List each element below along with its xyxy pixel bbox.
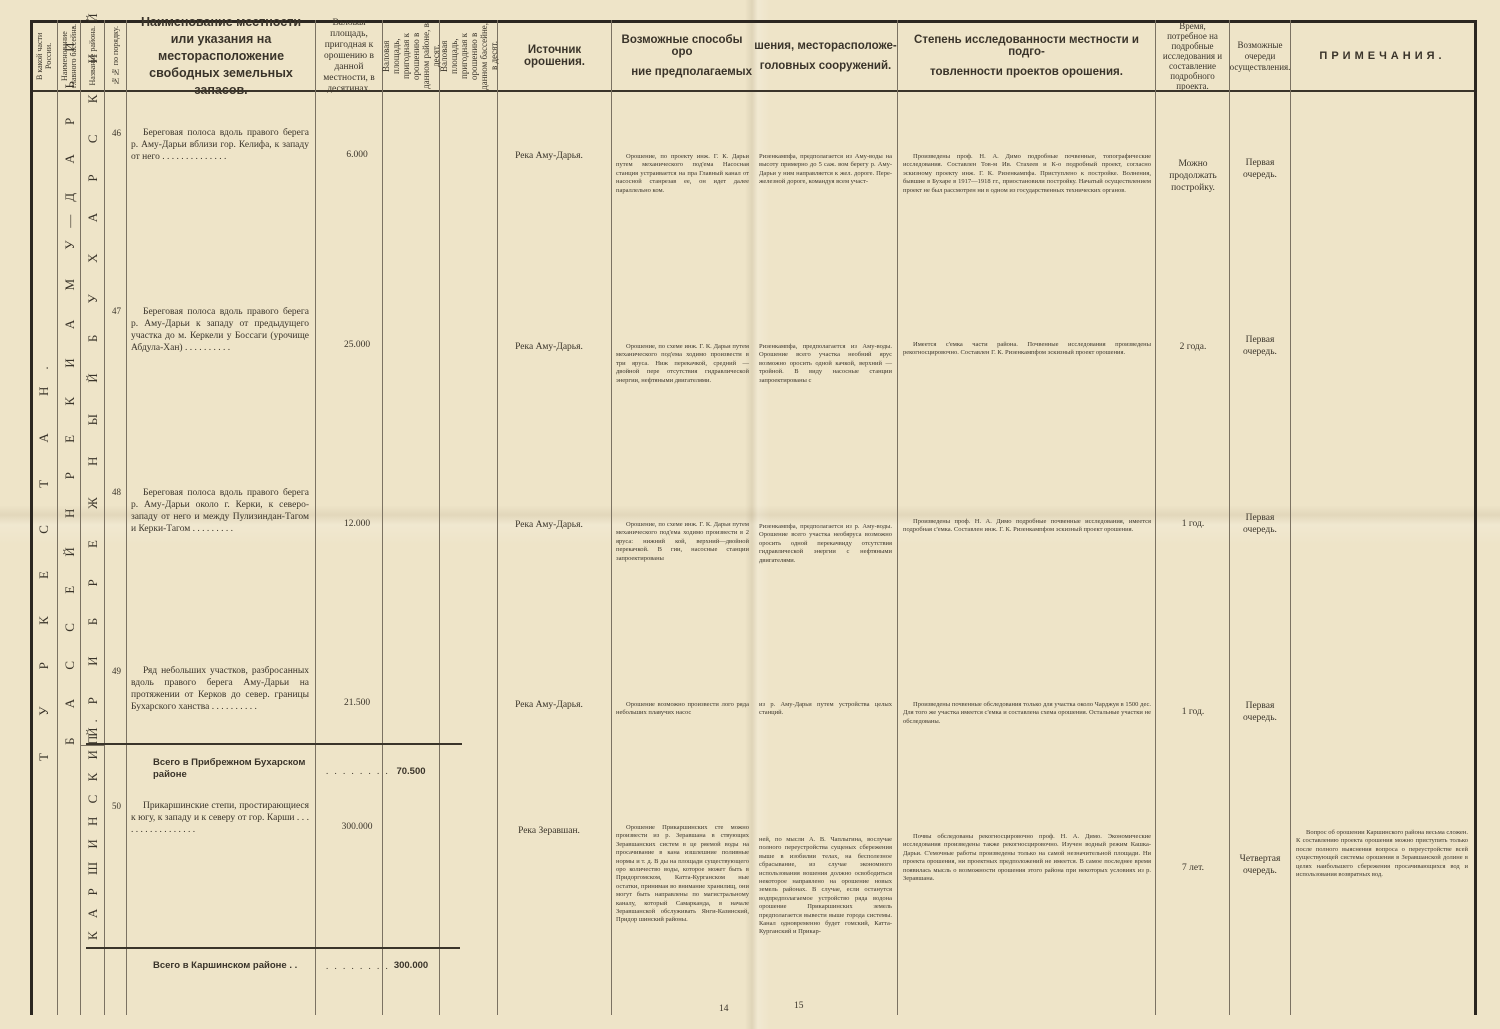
header-notes: ПРИМЕЧАНИЯ. xyxy=(1291,22,1474,90)
row-methods-left: Орошение, по схеме инж. Г. К. Дарьи путе… xyxy=(616,343,749,385)
header-methods-left: Возможные способы оро ние предполагаемых xyxy=(612,22,752,90)
row-methods-right: Ризенкампфа, предполагается из Аму-воды … xyxy=(759,153,892,187)
header-location-name: Наименование местности или указания на м… xyxy=(127,22,315,90)
subtotal-bukhara-dots: . . . . . . . . xyxy=(326,766,390,776)
header-area-local-text: Валовая площадь, пригодная к орошению в … xyxy=(316,18,382,95)
header-number: №№ по порядку. xyxy=(105,22,126,90)
header-methods-right-line1: шения, месторасположе- xyxy=(754,40,897,52)
col-sep xyxy=(382,20,383,1015)
header-area-district: Валовая площадь, пригодная к орошению в … xyxy=(383,22,439,90)
district-label-bukhara: П Р И Б Р Е Ж Н Ы Й Б У Х А Р С К И Й. xyxy=(83,95,103,745)
row-study: Произведены проф. Н. А. Димо подробные п… xyxy=(903,518,1151,535)
page-number-left: 14 xyxy=(719,1004,729,1014)
row-study: Почвы обследованы рекогносцировочно проф… xyxy=(903,833,1151,883)
col-sep xyxy=(126,20,127,1015)
header-time-text: Время, потребное на подробные исследован… xyxy=(1156,21,1229,91)
row-area: 12.000 xyxy=(316,519,398,529)
header-number-text: №№ по порядку. xyxy=(111,26,120,85)
row-study: Имеется с'емка части района. Почвенные и… xyxy=(903,341,1151,358)
row-time: 2 года. xyxy=(1160,341,1226,353)
header-area-local: Валовая площадь, пригодная к орошению в … xyxy=(316,22,382,90)
header-region-text: В какой части России. xyxy=(35,22,53,90)
row-source: Река Аму-Дарья. xyxy=(498,151,600,161)
row-location: Береговая полоса вдоль правого берега р.… xyxy=(131,306,309,354)
row-methods-left: Орошение, по проекту инж. Г. К. Дарьи пу… xyxy=(616,153,749,195)
row-time: Можно продолжать постройку. xyxy=(1160,158,1226,194)
row-number: 50 xyxy=(112,801,121,811)
row-methods-right: Ризенкампфа, предполагается из Аму-воды.… xyxy=(759,343,892,385)
row-time: 1 год. xyxy=(1160,518,1226,530)
col-sep xyxy=(611,20,612,1015)
row-order: Четвертая очередь. xyxy=(1231,853,1289,877)
header-methods-right-line2: головных сооружений. xyxy=(760,60,892,72)
subtotal-karshi-dots: . . . . . . . . xyxy=(326,961,390,971)
row-location: Ряд небольших участков, разбросанных вдо… xyxy=(131,665,309,713)
row-location: Береговая полоса вдоль правого берега р.… xyxy=(131,487,309,535)
row-methods-right: Ризенкампфа, предполагается из р. Аму-во… xyxy=(759,523,892,565)
header-location-text: Наименование местности или указания на м… xyxy=(127,14,315,99)
col-sep xyxy=(104,20,105,1015)
row-number: 48 xyxy=(112,487,121,497)
header-time-required: Время, потребное на подробные исследован… xyxy=(1156,22,1229,90)
row-order: Первая очередь. xyxy=(1231,700,1289,724)
row-location: Береговая полоса вдоль правого берега р.… xyxy=(131,127,309,163)
basin-label-lower xyxy=(60,748,80,948)
subtotal-divider-karshi xyxy=(86,947,460,949)
col-sep xyxy=(1229,20,1230,1015)
table-right-border xyxy=(1474,20,1477,1015)
row-order: Первая очередь. xyxy=(1231,157,1289,181)
header-source-text: Источник орошения. xyxy=(498,44,611,68)
table-left-border xyxy=(30,20,33,1015)
row-source: Река Зеравшан. xyxy=(498,826,600,836)
page-number-right: 15 xyxy=(794,1001,804,1011)
header-methods-right: шения, месторасположе- головных сооружен… xyxy=(754,22,897,90)
col-sep xyxy=(439,20,440,1015)
row-area: 6.000 xyxy=(316,150,398,160)
row-source: Река Аму-Дарья. xyxy=(498,700,600,710)
subtotal-karshi-value: 300.000 xyxy=(384,960,438,972)
header-area-basin: Валовая площадь, пригодная к орошению в … xyxy=(440,22,497,90)
col-sep xyxy=(497,20,498,1015)
header-irrigation-source: Источник орошения. xyxy=(498,22,611,90)
header-study-line1: Степень исследованности местности и подг… xyxy=(898,34,1155,58)
header-methods-left-line2: ние предполагаемых xyxy=(631,66,752,78)
header-order-text: Возможные очереди осуществления. xyxy=(1227,40,1294,73)
header-study-degree: Степень исследованности местности и подг… xyxy=(898,22,1155,90)
row-study: Произведены проф. Н. А. Димо подробные п… xyxy=(903,153,1151,195)
col-sep xyxy=(1290,20,1291,1015)
header-study-line2: товленности проектов орошения. xyxy=(930,66,1123,78)
subtotal-bukhara-label: Всего в Прибрежном Бухарском районе xyxy=(153,757,311,781)
row-notes: Вопрос об орошении Каршинского района ве… xyxy=(1296,829,1468,879)
subtotal-bukhara-value: 70.500 xyxy=(384,766,438,778)
col-sep xyxy=(80,20,81,1015)
row-order: Первая очередь. xyxy=(1231,512,1289,536)
document-page-spread: В какой части России. Наименование главн… xyxy=(0,0,1500,1029)
row-order: Первая очередь. xyxy=(1231,334,1289,358)
header-area-basin-text: Валовая площадь, пригодная к орошению в … xyxy=(439,22,499,90)
row-source: Река Аму-Дарья. xyxy=(498,342,600,352)
row-time: 7 лет. xyxy=(1160,862,1226,874)
col-sep xyxy=(897,20,898,1015)
header-implementation-order: Возможные очереди осуществления. xyxy=(1230,22,1290,90)
row-methods-left: Орошение, по схеме инж. Г. К. Дарьи путе… xyxy=(616,521,749,563)
row-area: 300.000 xyxy=(316,822,398,832)
district-label-karshi: К А Р Ш И Н С К И Й. xyxy=(83,750,103,940)
row-area: 21.500 xyxy=(316,698,398,708)
row-methods-right: ней, по мысли А. В. Чаплыгина, вослучае … xyxy=(759,836,892,937)
basin-label-amu-darya: Б А С С Е Й Н Р Е К И А М У—Д А Р Ь И. xyxy=(60,95,80,745)
header-area-district-text: Валовая площадь, пригодная к орошению в … xyxy=(381,22,441,90)
row-methods-left: Орошение Прикаршинских сте можно произве… xyxy=(616,824,749,925)
subtotal-karshi-label: Всего в Каршинском районе . . xyxy=(153,960,318,972)
row-methods-left: Орошение возможно произвести лого ряда н… xyxy=(616,701,749,718)
row-location: Прикаршинские степи, простирающиеся к юг… xyxy=(131,800,309,836)
row-number: 49 xyxy=(112,666,121,676)
row-study: Произведены почвенные обследования тольк… xyxy=(903,701,1151,726)
row-time: 1 год. xyxy=(1160,706,1226,718)
col-sep xyxy=(315,20,316,1015)
row-source: Река Аму-Дарья. xyxy=(498,520,600,530)
header-methods-left-line1: Возможные способы оро xyxy=(612,34,752,58)
row-methods-right: из р. Аму-Дарьи путем устройства целых с… xyxy=(759,701,892,718)
header-region: В какой части России. xyxy=(31,22,57,90)
header-notes-text: ПРИМЕЧАНИЯ. xyxy=(1319,50,1445,62)
region-label-turkestan: Т У Р К Е С Т А Н. xyxy=(34,95,54,1015)
row-area: 25.000 xyxy=(316,340,398,350)
subtotal-divider-bukhara xyxy=(86,743,462,745)
col-sep xyxy=(1155,20,1156,1015)
row-number: 47 xyxy=(112,306,121,316)
row-number: 46 xyxy=(112,128,121,138)
col-sep xyxy=(57,20,58,1015)
